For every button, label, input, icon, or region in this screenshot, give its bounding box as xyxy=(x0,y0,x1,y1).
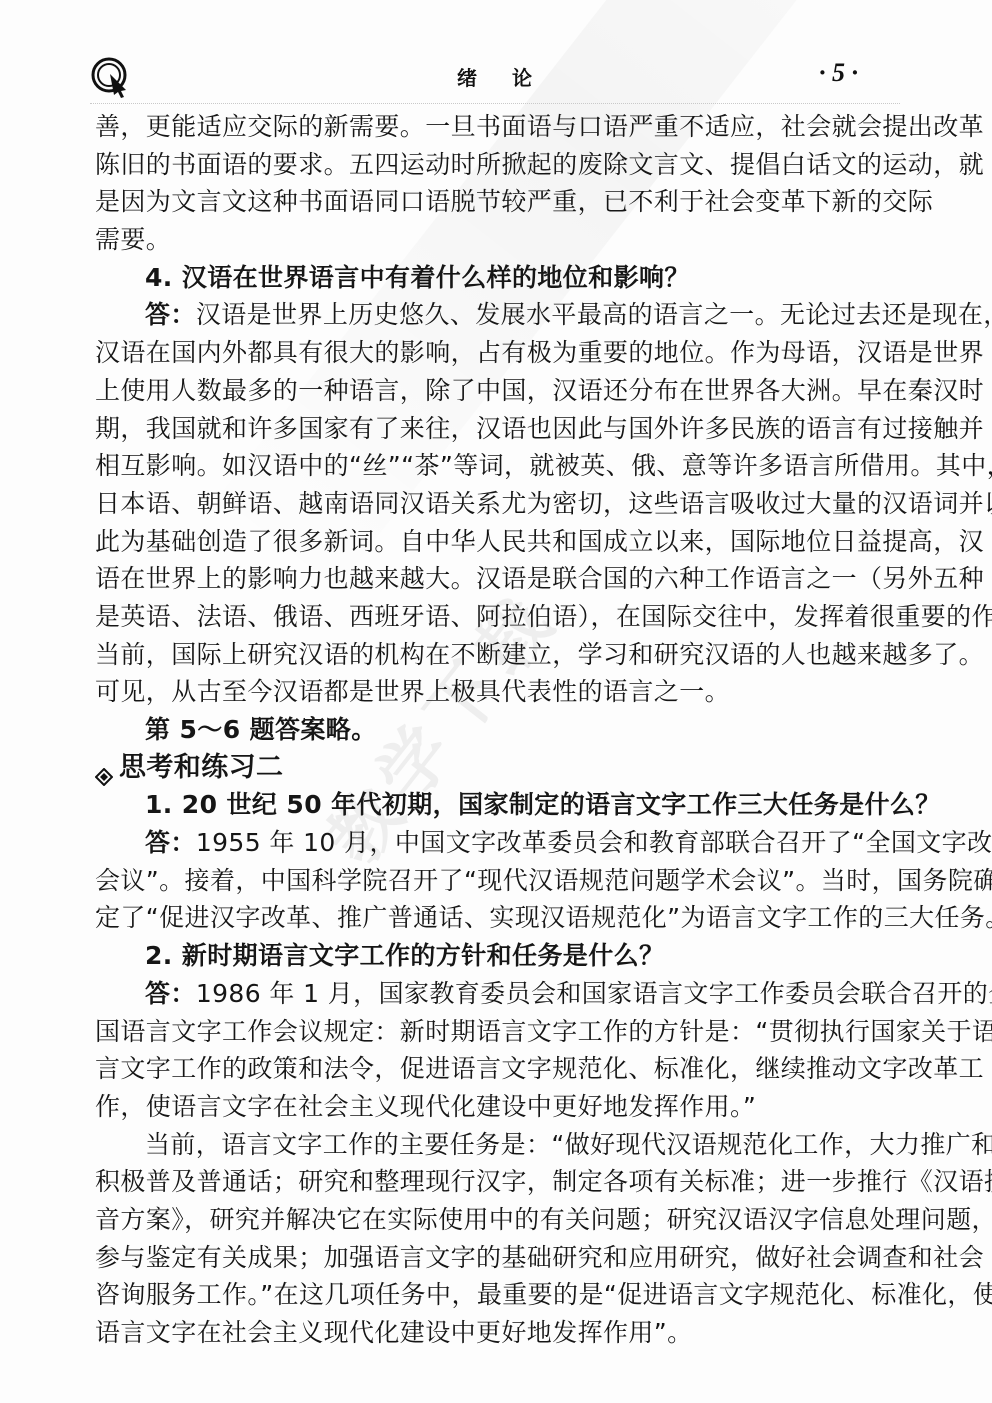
running-title: 绪 论 xyxy=(457,62,546,91)
text-line: 语在世界上的影响力也越来越大。汉语是联合国的六种工作语言之一（另外五种 xyxy=(95,560,927,598)
text-line: 需要。 xyxy=(95,221,927,259)
diamond-bullet-icon xyxy=(95,759,113,777)
text-line: 是因为文言文这种书面语同口语脱节较严重，已不利于社会变革下新的交际 xyxy=(95,183,927,221)
text-line: 咨询服务工作。”在这几项任务中，最重要的是“促进语言文字规范化、标准化，使 xyxy=(95,1276,927,1314)
text-line: 日本语、朝鲜语、越南语同汉语关系尤为密切，这些语言吸收过大量的汉语词并以 xyxy=(95,485,927,523)
page-number: · 5 · xyxy=(819,58,858,88)
answer-label: 答： xyxy=(145,300,196,329)
answer-label: 答： xyxy=(145,979,196,1008)
text-line: 作，使语言文字在社会主义现代化建设中更好地发挥作用。” xyxy=(95,1088,927,1126)
text-line: 当前，语言文字工作的主要任务是：“做好现代汉语规范化工作，大力推广和 xyxy=(95,1126,927,1164)
text-line: 音方案》，研究并解决它在实际使用中的有关问题；研究汉语汉字信息处理问题， xyxy=(95,1201,927,1239)
text-line: 此为基础创造了很多新词。自中华人民共和国成立以来，国际地位日益提高，汉 xyxy=(95,523,927,561)
text-line: 言文字工作的政策和法令，促进语言文字规范化、标准化，继续推动文字改革工 xyxy=(95,1050,927,1088)
text-line: 国语言文字工作会议规定：新时期语言文字工作的方针是：“贯彻执行国家关于语 xyxy=(95,1013,927,1051)
answer-4-first-line: 答：汉语是世界上历史悠久、发展水平最高的语言之一。无论过去还是现在， xyxy=(95,296,927,334)
text-line: 陈旧的书面语的要求。五四运动时所掀起的废除文言文、提倡白话文的运动，就 xyxy=(95,146,927,184)
answer-s2-1-first-line: 答：1955 年 10 月，中国文字改革委员会和教育部联合召开了“全国文字改革 xyxy=(95,824,927,862)
header-divider xyxy=(90,103,900,104)
question-s2-2: 2. 新时期语言文字工作的方针和任务是什么？ xyxy=(95,937,927,975)
answer-text: 汉语是世界上历史悠久、发展水平最高的语言之一。无论过去还是现在， xyxy=(196,300,992,329)
text-line: 定了“促进汉字改革、推广普通话、实现汉语规范化”为语言文字工作的三大任务。 xyxy=(95,899,927,937)
q5-6-note: 第 5～6 题答案略。 xyxy=(95,711,927,749)
answer-s2-2-first-line: 答：1986 年 1 月，国家教育委员会和国家语言文字工作委员会联合召开的全 xyxy=(95,975,927,1013)
answer-text: 1986 年 1 月，国家教育委员会和国家语言文字工作委员会联合召开的全 xyxy=(196,979,992,1008)
text-line: 参与鉴定有关成果；加强语言文字的基础研究和应用研究，做好社会调查和社会 xyxy=(95,1239,927,1277)
section-heading-text: 思考和练习二 xyxy=(119,752,283,783)
answer-text: 1955 年 10 月，中国文字改革委员会和教育部联合召开了“全国文字改革 xyxy=(196,828,992,857)
page-header: 绪 论 · 5 · xyxy=(90,56,880,106)
document-page: 教学下载 绪 论 · 5 · 善，更能适应交际的新需要。一旦书面语与口语严重不适… xyxy=(0,0,992,1403)
text-line: 当前，国际上研究汉语的机构在不断建立，学习和研究汉语的人也越来越多了。 xyxy=(95,636,927,674)
text-line: 积极普及普通话；研究和整理现行汉字，制定各项有关标准；进一步推行《汉语拼 xyxy=(95,1163,927,1201)
text-line: 相互影响。如汉语中的“丝”“茶”等词，就被英、俄、意等许多语言所借用。其中， xyxy=(95,447,927,485)
answer-label: 答： xyxy=(145,828,196,857)
text-line: 汉语在国内外都具有很大的影响，占有极为重要的地位。作为母语，汉语是世界 xyxy=(95,334,927,372)
text-line: 善，更能适应交际的新需要。一旦书面语与口语严重不适应，社会就会提出改革 xyxy=(95,108,927,146)
question-4: 4. 汉语在世界语言中有着什么样的地位和影响？ xyxy=(95,259,927,297)
text-line: 可见，从古至今汉语都是世界上极具代表性的语言之一。 xyxy=(95,673,927,711)
text-line: 语言文字在社会主义现代化建设中更好地发挥作用”。 xyxy=(95,1314,927,1352)
text-line: 会议”。接着，中国科学院召开了“现代汉语规范问题学术会议”。当时，国务院确 xyxy=(95,862,927,900)
q-cursor-logo-icon xyxy=(90,56,132,98)
body-text: 善，更能适应交际的新需要。一旦书面语与口语严重不适应，社会就会提出改革 陈旧的书… xyxy=(95,108,927,1352)
text-line: 期，我国就和许多国家有了来往，汉语也因此与国外许多民族的语言有过接触并 xyxy=(95,410,927,448)
text-line: 是英语、法语、俄语、西班牙语、阿拉伯语），在国际交往中，发挥着很重要的作用。 xyxy=(95,598,927,636)
text-line: 上使用人数最多的一种语言，除了中国，汉语还分布在世界各大洲。早在秦汉时 xyxy=(95,372,927,410)
section-heading: 思考和练习二 xyxy=(95,749,927,787)
question-s2-1: 1. 20 世纪 50 年代初期，国家制定的语言文字工作三大任务是什么？ xyxy=(95,786,927,824)
